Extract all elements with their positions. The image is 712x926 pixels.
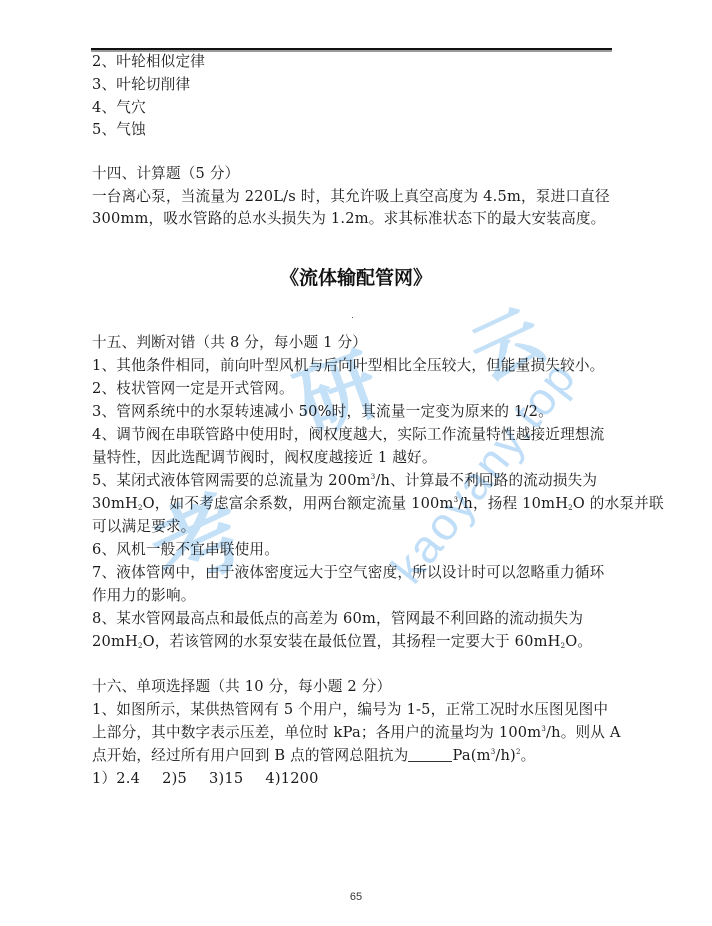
question-line: 20mH2O，若该管网的水泵安装在最低位置，其扬程一定要大于 60mH2O。 [92, 632, 592, 652]
question-line: 点开始，经过所有用户回到 B 点的管网总阻抗为Pa(m3/h)2。 [92, 746, 535, 766]
section-heading: 十六、单项选择题（共 10 分，每小题 2 分） [92, 677, 391, 697]
question-line: 上部分，其中数字表示压差，单位时 kPa；各用户的流量均为 100m3/h。则从… [92, 723, 621, 743]
course-title: 《流体输配管网》 [0, 263, 712, 290]
list-item: 2、叶轮相似定律 [92, 52, 205, 72]
question-line: 量特性，因此选配调节阀时，阀权度越接近 1 越好。 [92, 448, 437, 468]
answer-options: 1）2.42)53)154)1200 [92, 769, 319, 789]
list-item: 5、气蚀 [92, 120, 146, 140]
watermark-char: 云 [452, 280, 558, 401]
option: 2)5 [162, 770, 187, 787]
question-line: 4、调节阀在串联管路中使用时，阀权度越大，实际工作流量特性越接近理想流 [92, 425, 604, 445]
question-line: 6、风机一般不宜串联使用。 [92, 540, 279, 560]
section-heading: 十四、计算题（5 分） [92, 164, 239, 184]
question-line: 8、某水管网最高点和最低点的高差为 60m，管网最不利回路的流动损失为 [92, 609, 583, 629]
option: 4)1200 [265, 770, 318, 787]
question-line: 作用力的影响。 [92, 586, 196, 606]
question-line: 1、如图所示，某供热管网有 5 个用户，编号为 1-5，正常工况时水压图见图中 [92, 700, 608, 720]
question-line: 可以满足要求。 [92, 517, 196, 537]
question-line: 5、某闭式液体管网需要的总流量为 200m3/h、计算最不利回路的流动损失为 [92, 471, 597, 491]
list-item: 3、叶轮切削律 [92, 75, 190, 95]
paragraph-line: 300mm，吸水管路的总水头损失为 1.2m。求其标准状态下的最大安装高度。 [92, 209, 605, 229]
question-line: 30mH2O，如不考虑富余系数，用两台额定流量 100m3/h，扬程 10mH2… [92, 494, 664, 514]
document-page: 云 研 考 kaoyany.top 2、叶轮相似定律 3、叶轮切削律 4、气穴 … [0, 0, 712, 926]
question-line: 7、液体管网中，由于液体密度远大于空气密度，所以设计时可以忽略重力循环 [92, 563, 604, 583]
page-number: 65 [0, 891, 712, 903]
option: 1）2.4 [92, 770, 140, 787]
list-item: 4、气穴 [92, 98, 146, 118]
question-line: 1、其他条件相同，前向叶型风机与后向叶型相比全压较大，但能量损失较小。 [92, 356, 604, 376]
paragraph-line: 一台离心泵，当流量为 220L/s 时，其允许吸上真空高度为 4.5m，泵进口直… [92, 187, 610, 207]
question-line: 3、管网系统中的水泵转速减小 50%时，其流量一定变为原来的 1/2。 [92, 402, 553, 422]
answer-blank [408, 747, 452, 762]
stray-dot [420, 279, 421, 280]
option: 3)15 [209, 770, 243, 787]
section-heading: 十五、判断对错（共 8 分，每小题 1 分） [92, 333, 367, 353]
question-line: 2、枝状管网一定是开式管网。 [92, 379, 294, 399]
stray-dot [352, 317, 353, 318]
